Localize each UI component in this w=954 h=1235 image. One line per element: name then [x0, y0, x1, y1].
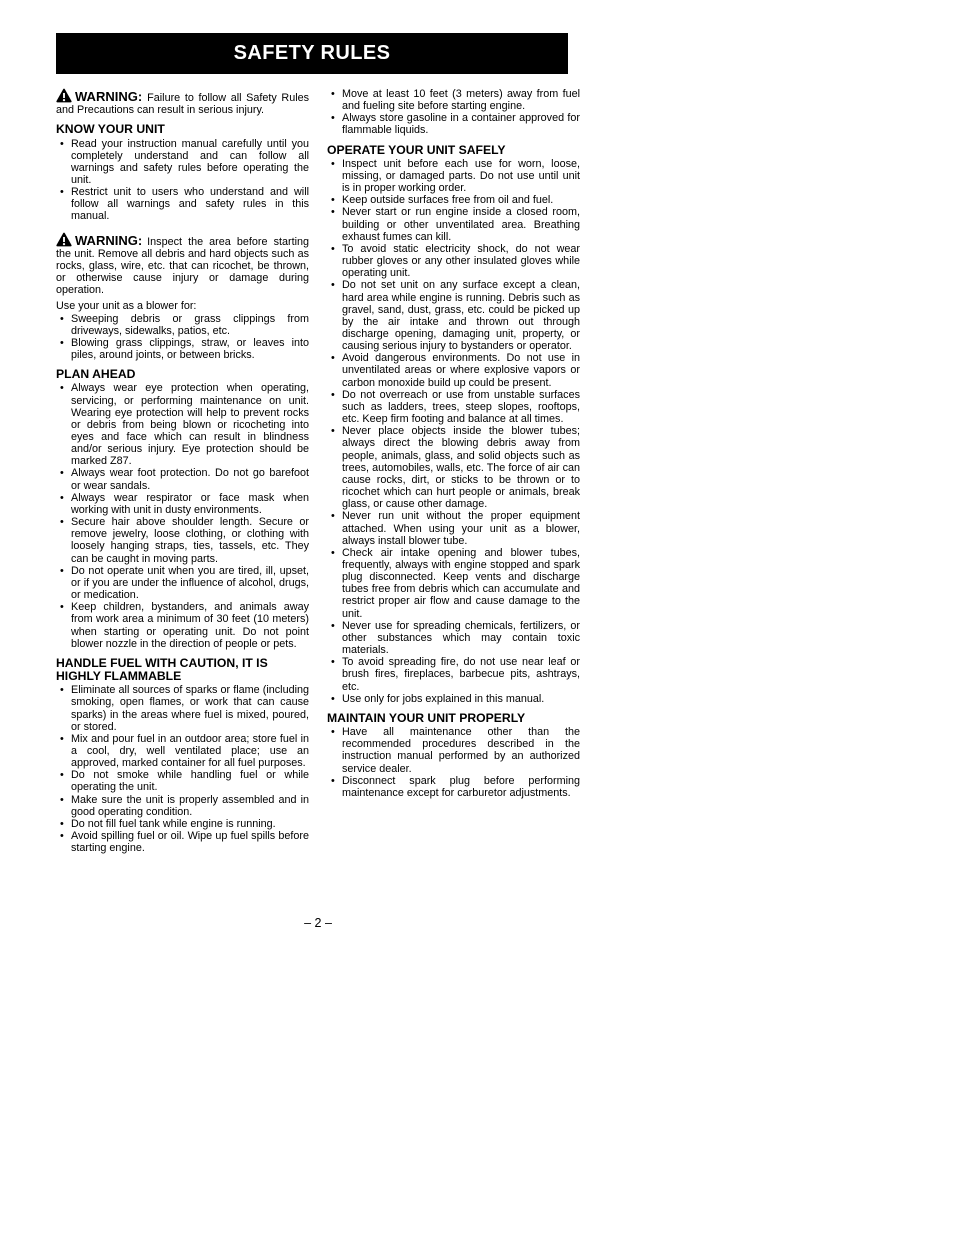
page-content: WARNING:Failure to follow all Safety Rul… — [56, 84, 580, 854]
operate-safely-list: Inspect unit before each use for worn, l… — [327, 158, 580, 705]
list-item: Always wear eye protection when operatin… — [56, 382, 309, 467]
list-item: Avoid spilling fuel or oil. Wipe up fuel… — [56, 830, 309, 854]
maintain-unit-list: Have all maintenance other than the reco… — [327, 726, 580, 799]
list-item: Always store gasoline in a container app… — [327, 112, 580, 136]
list-item: Never run unit without the proper equipm… — [327, 510, 580, 546]
plan-ahead-list: Always wear eye protection when operatin… — [56, 382, 309, 649]
list-item: Eliminate all sources of sparks or flame… — [56, 684, 309, 733]
list-item: Keep outside surfaces free from oil and … — [327, 194, 580, 206]
handle-fuel-continued-list: Move at least 10 feet (3 meters) away fr… — [327, 88, 580, 137]
warning-triangle-icon — [56, 88, 75, 104]
warning-label: WARNING: — [75, 89, 142, 104]
list-item: Restrict unit to users who understand an… — [56, 186, 309, 222]
heading-know-your-unit: KNOW YOUR UNIT — [56, 123, 309, 136]
warning-paragraph-1: WARNING:Failure to follow all Safety Rul… — [56, 88, 309, 116]
page-number: – 2 – — [56, 916, 580, 930]
list-item: Have all maintenance other than the reco… — [327, 726, 580, 775]
list-item: Do not operate unit when you are tired, … — [56, 565, 309, 601]
list-item: Do not set unit on any surface except a … — [327, 279, 580, 352]
list-item: Do not fill fuel tank while engine is ru… — [56, 818, 309, 830]
heading-plan-ahead: PLAN AHEAD — [56, 368, 309, 381]
warning-triangle-icon — [56, 232, 75, 248]
manual-page: SAFETY RULES WARNING:Failure to follow a… — [0, 0, 954, 1235]
know-your-unit-list: Read your instruction manual carefully u… — [56, 138, 309, 223]
list-item: Never use for spreading chemicals, ferti… — [327, 620, 580, 656]
list-item: Do not smoke while handling fuel or whil… — [56, 769, 309, 793]
list-item: Avoid dangerous environments. Do not use… — [327, 352, 580, 388]
blower-uses-intro: Use your unit as a blower for: — [56, 300, 309, 312]
list-item: Secure hair above shoulder length. Secur… — [56, 516, 309, 565]
list-item: Use only for jobs explained in this manu… — [327, 693, 580, 705]
list-item: Always wear respirator or face mask when… — [56, 492, 309, 516]
right-column: Move at least 10 feet (3 meters) away fr… — [327, 84, 580, 854]
list-item: Check air intake opening and blower tube… — [327, 547, 580, 620]
handle-fuel-list: Eliminate all sources of sparks or flame… — [56, 684, 309, 854]
list-item: Disconnect spark plug before performing … — [327, 775, 580, 799]
list-item: Move at least 10 feet (3 meters) away fr… — [327, 88, 580, 112]
list-item: To avoid static electricity shock, do no… — [327, 243, 580, 279]
list-item: Always wear foot protection. Do not go b… — [56, 467, 309, 491]
list-item: Never place objects inside the blower tu… — [327, 425, 580, 510]
list-item: Inspect unit before each use for worn, l… — [327, 158, 580, 194]
warning-paragraph-2: WARNING:Inspect the area before starting… — [56, 232, 309, 297]
list-item: To avoid spreading fire, do not use near… — [327, 656, 580, 692]
list-item: Sweeping debris or grass clippings from … — [56, 313, 309, 337]
list-item: Mix and pour fuel in an outdoor area; st… — [56, 733, 309, 769]
list-item: Blowing grass clippings, straw, or leave… — [56, 337, 309, 361]
list-item: Read your instruction manual carefully u… — [56, 138, 309, 187]
heading-maintain-unit: MAINTAIN YOUR UNIT PROPERLY — [327, 712, 580, 725]
list-item: Make sure the unit is properly assembled… — [56, 794, 309, 818]
list-item: Keep children, bystanders, and animals a… — [56, 601, 309, 650]
left-column: WARNING:Failure to follow all Safety Rul… — [56, 84, 309, 854]
heading-operate-safely: OPERATE YOUR UNIT SAFELY — [327, 144, 580, 157]
list-item: Do not overreach or use from unstable su… — [327, 389, 580, 425]
warning-label: WARNING: — [75, 233, 142, 248]
heading-handle-fuel: HANDLE FUEL WITH CAUTION, IT IS HIGHLY F… — [56, 657, 309, 683]
list-item: Never start or run engine inside a close… — [327, 206, 580, 242]
page-title: SAFETY RULES — [234, 42, 391, 65]
blower-uses-list: Sweeping debris or grass clippings from … — [56, 313, 309, 362]
section-title-banner: SAFETY RULES — [56, 33, 568, 74]
